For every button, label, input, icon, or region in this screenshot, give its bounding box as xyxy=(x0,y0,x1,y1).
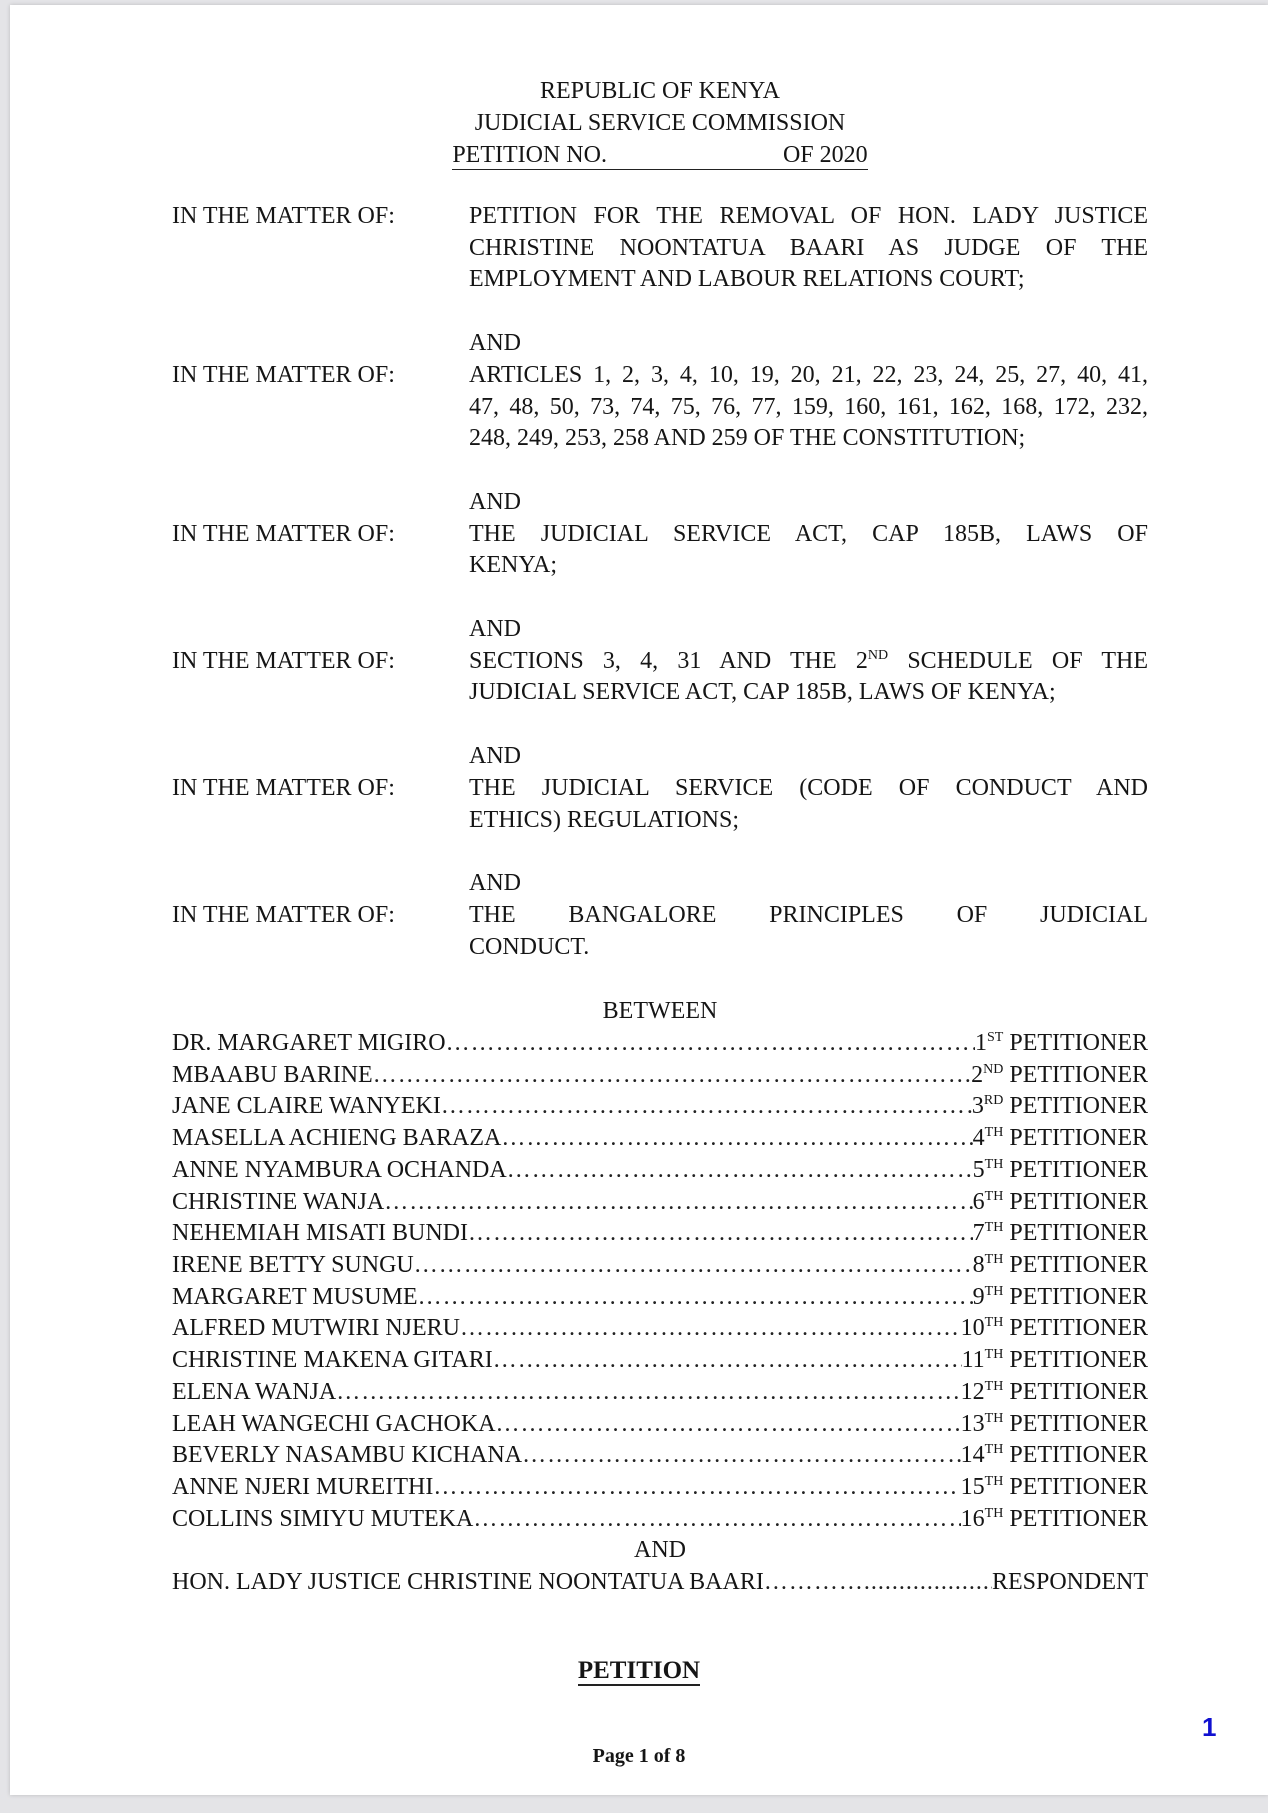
matter-line: THE JUDICIAL SERVICE ACT, CAP 185B, LAWS… xyxy=(469,519,1148,551)
petitioner-row: ANNE NJERI MUREITHI………………………………………………………… xyxy=(172,1472,1148,1504)
petitioner-name: ELENA WANJA xyxy=(172,1377,336,1409)
matter-label: IN THE MATTER OF: xyxy=(172,900,469,963)
matter-label: IN THE MATTER OF: xyxy=(172,201,469,296)
matter-text: THE JUDICIAL SERVICE ACT, CAP 185B, LAWS… xyxy=(469,519,1148,582)
page-footer: Page 1 of 8 xyxy=(10,1745,1268,1768)
section-spacer xyxy=(172,296,1148,328)
petitioner-name: ALFRED MUTWIRI NJERU xyxy=(172,1313,460,1345)
petitioner-row: ELENA WANJA……………………………………………………………………………… xyxy=(172,1377,1148,1409)
petitioner-name: BEVERLY NASAMBU KICHANA xyxy=(172,1440,522,1472)
leader-dots: ………………………………………………………………………………………………………… xyxy=(460,1313,961,1345)
petition-no-label: PETITION NO. xyxy=(452,142,607,168)
matter-line: THE JUDICIAL SERVICE (CODE OF CONDUCT AN… xyxy=(469,773,1148,805)
matter-row: IN THE MATTER OF:SECTIONS 3, 4, 31 AND T… xyxy=(172,646,1148,709)
matter-line: ARTICLES 1, 2, 3, 4, 10, 19, 20, 21, 22,… xyxy=(469,360,1148,392)
petitioner-row: LEAH WANGECHI GACHOKA…………………………………………………… xyxy=(172,1409,1148,1441)
matter-label: IN THE MATTER OF: xyxy=(172,773,469,836)
respondent-name: HON. LADY JUSTICE CHRISTINE NOONTATUA BA… xyxy=(172,1567,764,1599)
petitioner-role: 15TH PETITIONER xyxy=(961,1472,1148,1504)
respondent-role: RESPONDENT xyxy=(992,1567,1148,1599)
petitioner-role: 5TH PETITIONER xyxy=(973,1155,1148,1187)
leader-dots: ………………………………………………………………………………………………………… xyxy=(418,1282,973,1314)
petitioner-name: NEHEMIAH MISATI BUNDI xyxy=(172,1218,468,1250)
between-heading: BETWEEN xyxy=(172,996,1148,1028)
and-connector: AND xyxy=(172,614,1148,646)
petition-year: OF 2020 xyxy=(783,142,868,168)
matter-line: CONDUCT. xyxy=(469,932,1148,964)
petitioner-row: CHRISTINE WANJA…………………………………………………………………… xyxy=(172,1187,1148,1219)
petitioner-row: ALFRED MUTWIRI NJERU……………………………………………………… xyxy=(172,1313,1148,1345)
leader-dots: ………………………………………………………………………………………………………… xyxy=(507,1155,973,1187)
petitioner-role: 9TH PETITIONER xyxy=(973,1282,1148,1314)
matter-line: 248, 249, 253, 258 AND 259 OF THE CONSTI… xyxy=(469,423,1148,455)
matter-text: PETITION FOR THE REMOVAL OF HON. LADY JU… xyxy=(469,201,1148,296)
leader-dots: ………………………………………………………………………………………………………… xyxy=(336,1377,960,1409)
petitioner-row: DR. MARGARET MIGIRO………………………………………………………… xyxy=(172,1028,1148,1060)
document-page: REPUBLIC OF KENYA JUDICIAL SERVICE COMMI… xyxy=(10,5,1268,1795)
petition-title: PETITION xyxy=(10,1657,1268,1686)
petitioner-name: IRENE BETTY SUNGU xyxy=(172,1250,414,1282)
matter-text: THE BANGALORE PRINCIPLES OF JUDICIALCOND… xyxy=(469,900,1148,963)
petitioner-role: 12TH PETITIONER xyxy=(961,1377,1148,1409)
and-connector: AND xyxy=(172,868,1148,900)
parties-list: DR. MARGARET MIGIRO………………………………………………………… xyxy=(172,1028,1148,1535)
matter-line: PETITION FOR THE REMOVAL OF HON. LADY JU… xyxy=(469,201,1148,233)
petitioner-row: MASELLA ACHIENG BARAZA………………………………………………… xyxy=(172,1123,1148,1155)
and-connector: AND xyxy=(172,487,1148,519)
petitioner-row: MBAABU BARINE………………………………………………………………………… xyxy=(172,1060,1148,1092)
petitioner-row: MARGARET MUSUME…………………………………………………………………… xyxy=(172,1282,1148,1314)
page-indicator: 1 xyxy=(1202,1712,1216,1743)
matter-row: IN THE MATTER OF:THE JUDICIAL SERVICE (C… xyxy=(172,773,1148,836)
petitioner-name: CHRISTINE WANJA xyxy=(172,1187,384,1219)
petitioner-role: 7TH PETITIONER xyxy=(973,1218,1148,1250)
header-country: REPUBLIC OF KENYA xyxy=(172,75,1148,107)
petitioner-name: COLLINS SIMIYU MUTEKA xyxy=(172,1504,473,1536)
petitioner-name: ANNE NYAMBURA OCHANDA xyxy=(172,1155,507,1187)
leader-dots: ………………………………………………………………………………………………………… xyxy=(441,1091,972,1123)
matter-text: SECTIONS 3, 4, 31 AND THE 2ND SCHEDULE O… xyxy=(469,646,1148,709)
matter-line: ETHICS) REGULATIONS; xyxy=(469,805,1148,837)
matter-label: IN THE MATTER OF: xyxy=(172,646,469,709)
petitioner-name: MASELLA ACHIENG BARAZA xyxy=(172,1123,501,1155)
matters-section: IN THE MATTER OF:PETITION FOR THE REMOVA… xyxy=(172,201,1148,963)
matter-line: CHRISTINE NOONTATUA BAARI AS JUDGE OF TH… xyxy=(469,233,1148,265)
petitioner-role: 11TH PETITIONER xyxy=(962,1345,1148,1377)
matter-line: EMPLOYMENT AND LABOUR RELATIONS COURT; xyxy=(469,264,1148,296)
section-spacer xyxy=(172,836,1148,868)
leader-dots: …………................................... xyxy=(764,1567,992,1599)
petition-number-line: PETITION NO.OF 2020 xyxy=(452,141,867,170)
petition-title-text: PETITION xyxy=(578,1657,700,1686)
petitioner-role: 8TH PETITIONER xyxy=(973,1250,1148,1282)
petitioner-role: 3RD PETITIONER xyxy=(972,1091,1148,1123)
leader-dots: ………………………………………………………………………………………………………… xyxy=(473,1504,960,1536)
matter-line: THE BANGALORE PRINCIPLES OF JUDICIAL xyxy=(469,900,1148,932)
petitioner-role: 4TH PETITIONER xyxy=(973,1123,1148,1155)
petitioner-name: JANE CLAIRE WANYEKI xyxy=(172,1091,441,1123)
and-separator: AND xyxy=(172,1535,1148,1567)
leader-dots: ………………………………………………………………………………………………………… xyxy=(493,1345,962,1377)
petitioner-name: DR. MARGARET MIGIRO xyxy=(172,1028,446,1060)
petitioner-name: ANNE NJERI MUREITHI xyxy=(172,1472,433,1504)
matter-line: 47, 48, 50, 73, 74, 75, 76, 77, 159, 160… xyxy=(469,392,1148,424)
petitioner-name: MARGARET MUSUME xyxy=(172,1282,418,1314)
matter-text: THE JUDICIAL SERVICE (CODE OF CONDUCT AN… xyxy=(469,773,1148,836)
petitioner-role: 6TH PETITIONER xyxy=(973,1187,1148,1219)
document-header: REPUBLIC OF KENYA JUDICIAL SERVICE COMMI… xyxy=(172,75,1148,171)
petitioner-row: BEVERLY NASAMBU KICHANA……………………………………………… xyxy=(172,1440,1148,1472)
matter-label: IN THE MATTER OF: xyxy=(172,360,469,455)
and-connector: AND xyxy=(172,328,1148,360)
petitioner-role: 13TH PETITIONER xyxy=(961,1409,1148,1441)
petitioner-role: 14TH PETITIONER xyxy=(961,1440,1148,1472)
section-spacer xyxy=(172,709,1148,741)
matter-line: KENYA; xyxy=(469,550,1148,582)
petitioner-row: JANE CLAIRE WANYEKI………………………………………………………… xyxy=(172,1091,1148,1123)
matter-text: ARTICLES 1, 2, 3, 4, 10, 19, 20, 21, 22,… xyxy=(469,360,1148,455)
matter-row: IN THE MATTER OF:ARTICLES 1, 2, 3, 4, 10… xyxy=(172,360,1148,455)
petitioner-name: CHRISTINE MAKENA GITARI xyxy=(172,1345,493,1377)
respondent-row: HON. LADY JUSTICE CHRISTINE NOONTATUA BA… xyxy=(172,1567,1148,1599)
document-content: REPUBLIC OF KENYA JUDICIAL SERVICE COMMI… xyxy=(172,75,1148,1599)
leader-dots: ………………………………………………………………………………………………………… xyxy=(496,1409,961,1441)
leader-dots: ………………………………………………………………………………………………………… xyxy=(433,1472,960,1504)
petitioner-name: MBAABU BARINE xyxy=(172,1060,373,1092)
matter-label: IN THE MATTER OF: xyxy=(172,519,469,582)
leader-dots: ………………………………………………………………………………………………………… xyxy=(468,1218,973,1250)
matter-line: JUDICIAL SERVICE ACT, CAP 185B, LAWS OF … xyxy=(469,677,1148,709)
matter-row: IN THE MATTER OF:THE JUDICIAL SERVICE AC… xyxy=(172,519,1148,582)
leader-dots: ………………………………………………………………………………………………………… xyxy=(384,1187,972,1219)
petitioner-role: 2ND PETITIONER xyxy=(971,1060,1148,1092)
leader-dots: ………………………………………………………………………………………………………… xyxy=(501,1123,972,1155)
matter-row: IN THE MATTER OF:THE BANGALORE PRINCIPLE… xyxy=(172,900,1148,963)
and-connector: AND xyxy=(172,741,1148,773)
matter-line: SECTIONS 3, 4, 31 AND THE 2ND SCHEDULE O… xyxy=(469,646,1148,678)
section-spacer xyxy=(172,455,1148,487)
petitioner-row: NEHEMIAH MISATI BUNDI…………………………………………………… xyxy=(172,1218,1148,1250)
petitioner-role: 16TH PETITIONER xyxy=(961,1504,1148,1536)
petitioner-name: LEAH WANGECHI GACHOKA xyxy=(172,1409,496,1441)
petitioner-role: 1ST PETITIONER xyxy=(975,1028,1148,1060)
matter-row: IN THE MATTER OF:PETITION FOR THE REMOVA… xyxy=(172,201,1148,296)
section-spacer xyxy=(172,582,1148,614)
leader-dots: ………………………………………………………………………………………………………… xyxy=(414,1250,973,1282)
petitioner-row: ANNE NYAMBURA OCHANDA…………………………………………………… xyxy=(172,1155,1148,1187)
leader-dots: ………………………………………………………………………………………………………… xyxy=(446,1028,975,1060)
petitioner-row: CHRISTINE MAKENA GITARI……………………………………………… xyxy=(172,1345,1148,1377)
header-commission: JUDICIAL SERVICE COMMISSION xyxy=(172,107,1148,139)
petitioner-row: COLLINS SIMIYU MUTEKA…………………………………………………… xyxy=(172,1504,1148,1536)
petitioner-row: IRENE BETTY SUNGU……………………………………………………………… xyxy=(172,1250,1148,1282)
leader-dots: ………………………………………………………………………………………………………… xyxy=(373,1060,971,1092)
petitioner-role: 10TH PETITIONER xyxy=(961,1313,1148,1345)
leader-dots: ………………………………………………………………………………………………………… xyxy=(522,1440,961,1472)
